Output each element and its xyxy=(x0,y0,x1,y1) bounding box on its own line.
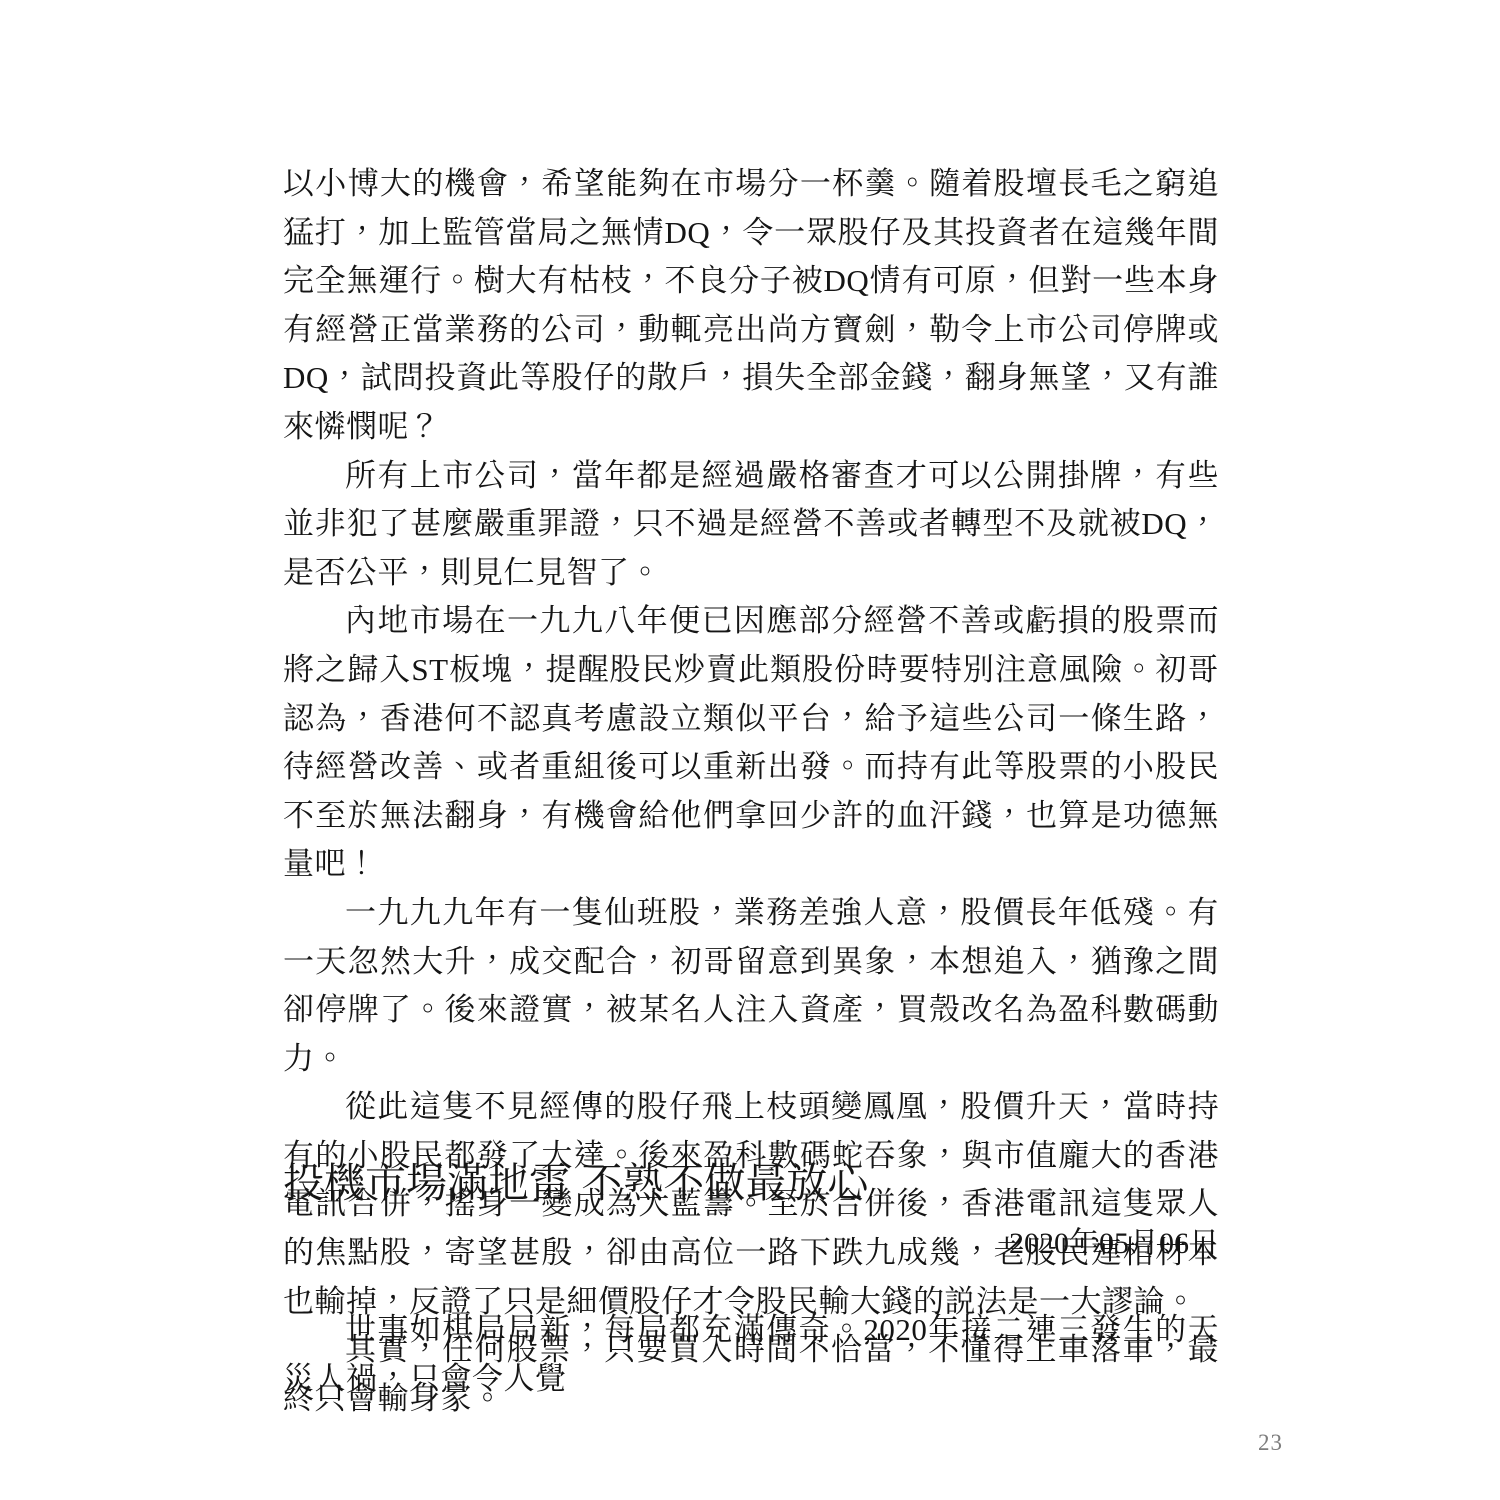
article-title: 投機市場滿地雷 不熟不做最放心 xyxy=(283,1158,1219,1208)
article-date: 2020年05月06日 xyxy=(283,1224,1219,1264)
paragraph: 以小博大的機會，希望能夠在市場分一杯羹。隨着股壇長毛之窮追猛打，加上監管當局之無… xyxy=(283,160,1219,452)
next-article-body: 世事如棋局局新，每局都充滿傳奇。2020年接二連三發生的天災人禍，只會令人覺 xyxy=(283,1306,1219,1403)
paragraph: 內地市場在一九九八年便已因應部分經營不善或虧損的股票而將之歸入ST板塊，提醒股民… xyxy=(283,597,1219,889)
page-number: 23 xyxy=(1258,1430,1283,1456)
paragraph: 一九九九年有一隻仙班股，業務差強人意，股價長年低殘。有一天忽然大升，成交配合，初… xyxy=(283,889,1219,1083)
paragraph: 所有上市公司，當年都是經過嚴格審查才可以公開掛牌，有些並非犯了甚麼嚴重罪證，只不… xyxy=(283,452,1219,598)
book-page: 以小博大的機會，希望能夠在市場分一杯羹。隨着股壇長毛之窮追猛打，加上監管當局之無… xyxy=(0,0,1500,1500)
paragraph: 世事如棋局局新，每局都充滿傳奇。2020年接二連三發生的天災人禍，只會令人覺 xyxy=(283,1306,1219,1403)
